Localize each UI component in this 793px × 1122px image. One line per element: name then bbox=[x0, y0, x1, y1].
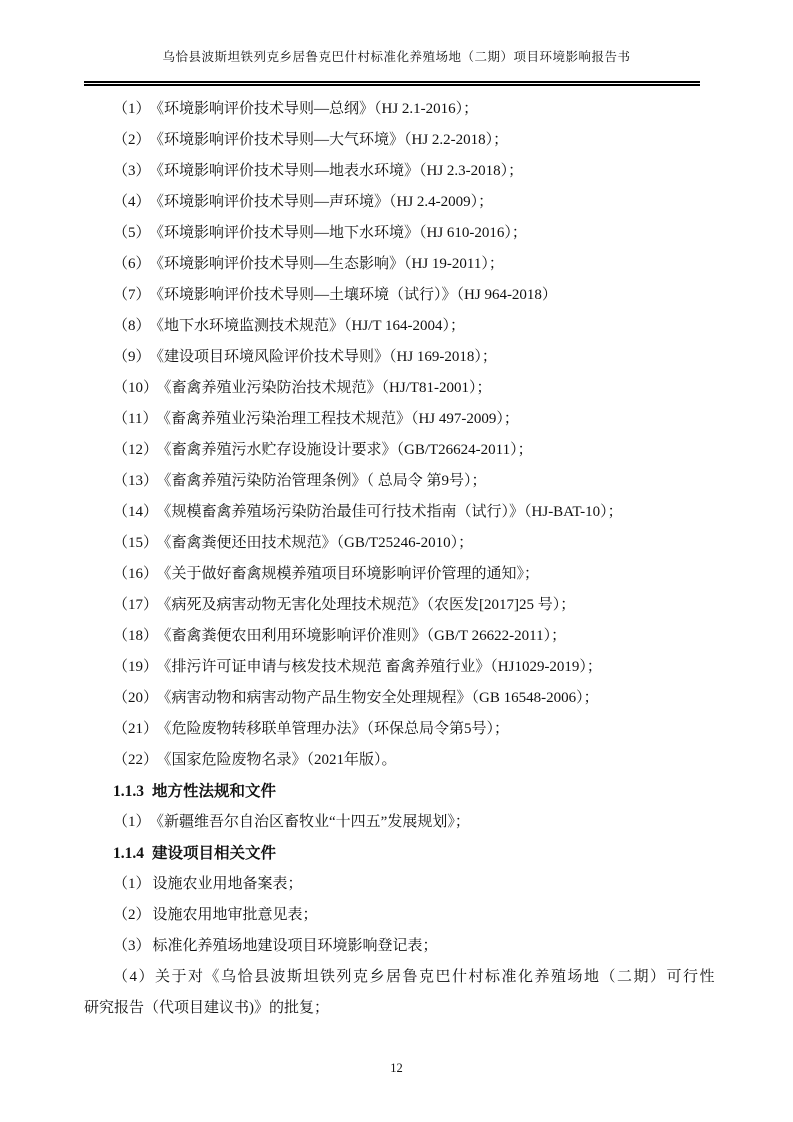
list-item-text: 《畜禽粪便还田技术规范》（GB/T25246-2010）； bbox=[164, 535, 473, 551]
list-item-text: 《建设项目环境风险评价技术导则》（HJ 169-2018）； bbox=[157, 349, 497, 365]
list-item-text: 《环境影响评价技术导则—总纲》（HJ 2.1-2016）； bbox=[157, 101, 479, 117]
list-item-text: 设施农业用地备案表； bbox=[153, 876, 303, 892]
list-item-text: 《排污许可证申请与核发技术规范 畜禽养殖行业》（HJ1029-2019）； bbox=[164, 659, 602, 675]
list-item-text: 《危险废物转移联单管理办法》（环保总局令第5号）； bbox=[164, 721, 509, 737]
document-page: 乌恰县波斯坦铁列克乡居鲁克巴什村标准化养殖场地（二期）项目环境影响报告书 （1）… bbox=[0, 0, 793, 1122]
list-item-text: 设施农用地审批意见表； bbox=[153, 907, 318, 923]
section-title: 建设项目相关文件 bbox=[152, 845, 276, 862]
document-body: （1）《环境影响评价技术导则—总纲》（HJ 2.1-2016）； （2）《环境影… bbox=[84, 94, 744, 1024]
list-item-text: 《地下水环境监测技术规范》（HJ/T 164-2004）； bbox=[157, 318, 465, 334]
list-item-number: （14） bbox=[113, 504, 158, 520]
list-item-number: （3） bbox=[113, 938, 151, 954]
list-item-text: 《畜禽粪便农田利用环境影响评价准则》（GB/T 26622-2011）； bbox=[164, 628, 566, 644]
page-number: 12 bbox=[390, 1061, 403, 1075]
standards-list-item: （12）《畜禽养殖污水贮存设施设计要求》（GB/T26624-2011）； bbox=[84, 435, 744, 466]
standards-list-item: （10）《畜禽养殖业污染防治技术规范》（HJ/T81-2001）； bbox=[84, 373, 744, 404]
list-item-number: （4） bbox=[113, 969, 155, 985]
page-header-title: 乌恰县波斯坦铁列克乡居鲁克巴什村标准化养殖场地（二期）项目环境影响报告书 bbox=[0, 49, 793, 66]
standards-list: （1）《环境影响评价技术导则—总纲》（HJ 2.1-2016）； （2）《环境影… bbox=[84, 94, 744, 776]
project-documents-item-4-line-1: （4）关于对《乌恰县波斯坦铁列克乡居鲁克巴什村标准化养殖场地（二期）可行性 bbox=[84, 962, 744, 993]
standards-list-item: （19）《排污许可证申请与核发技术规范 畜禽养殖行业》（HJ1029-2019）… bbox=[84, 652, 744, 683]
list-item-number: （11） bbox=[113, 411, 157, 427]
list-item-number: （8） bbox=[113, 318, 151, 334]
standards-list-item: （14）《规模畜禽养殖场污染防治最佳可行技术指南（试行）》（HJ-BAT-10）… bbox=[84, 497, 744, 528]
standards-list-item: （22）《国家危险废物名录》（2021年版）。 bbox=[84, 745, 744, 776]
list-item-number: （2） bbox=[113, 132, 151, 148]
list-item-text: 标准化养殖场地建设项目环境影响登记表； bbox=[153, 938, 438, 954]
list-item-text: 《环境影响评价技术导则—地表水环境》（HJ 2.3-2018）； bbox=[157, 163, 524, 179]
list-item-text: 《环境影响评价技术导则—大气环境》（HJ 2.2-2018）； bbox=[157, 132, 509, 148]
standards-list-item: （3）《环境影响评价技术导则—地表水环境》（HJ 2.3-2018）； bbox=[84, 156, 744, 187]
list-item-text: 《病死及病害动物无害化处理技术规范》（农医发[2017]25 号）； bbox=[164, 597, 575, 613]
standards-list-item: （9）《建设项目环境风险评价技术导则》（HJ 169-2018）； bbox=[84, 342, 744, 373]
list-item-text: 《关于做好畜禽规模养殖项目环境影响评价管理的通知》； bbox=[164, 566, 539, 582]
list-item-number: （19） bbox=[113, 659, 158, 675]
list-item-number: （18） bbox=[113, 628, 158, 644]
section-title: 地方性法规和文件 bbox=[152, 783, 276, 800]
standards-list-item: （8）《地下水环境监测技术规范》（HJ/T 164-2004）； bbox=[84, 311, 744, 342]
list-item-number: （13） bbox=[113, 473, 158, 489]
standards-list-item: （17）《病死及病害动物无害化处理技术规范》（农医发[2017]25 号）； bbox=[84, 590, 744, 621]
list-item-number: （17） bbox=[113, 597, 158, 613]
standards-list-item: （11）《畜禽养殖业污染治理工程技术规范》（HJ 497-2009）； bbox=[84, 404, 744, 435]
standards-list-item: （16）《关于做好畜禽规模养殖项目环境影响评价管理的通知》； bbox=[84, 559, 744, 590]
list-item-text: 《环境影响评价技术导则—声环境》（HJ 2.4-2009）； bbox=[157, 194, 494, 210]
standards-list-item: （15）《畜禽粪便还田技术规范》（GB/T25246-2010）； bbox=[84, 528, 744, 559]
list-item-number: （12） bbox=[113, 442, 158, 458]
list-item-text: 《国家危险废物名录》（2021年版）。 bbox=[164, 752, 397, 768]
standards-list-item: （13）《畜禽养殖污染防治管理条例》（ 总局令 第9号）； bbox=[84, 466, 744, 497]
section-heading-1-1-4: 1.1.4建设项目相关文件 bbox=[84, 838, 744, 869]
list-item-text: 《畜禽养殖业污染防治技术规范》（HJ/T81-2001）； bbox=[164, 380, 492, 396]
standards-list-item: （2）《环境影响评价技术导则—大气环境》（HJ 2.2-2018）； bbox=[84, 125, 744, 156]
list-item-number: （21） bbox=[113, 721, 158, 737]
standards-list-item: （18）《畜禽粪便农田利用环境影响评价准则》（GB/T 26622-2011）； bbox=[84, 621, 744, 652]
local-documents-item: （1）《新疆维吾尔自治区畜牧业“十四五”发展规划》； bbox=[84, 807, 744, 838]
standards-list-item: （4）《环境影响评价技术导则—声环境》（HJ 2.4-2009）； bbox=[84, 187, 744, 218]
section-number: 1.1.4 bbox=[113, 845, 144, 862]
list-item-number: （3） bbox=[113, 163, 151, 179]
list-item-text: 《环境影响评价技术导则—生态影响》（HJ 19-2011）； bbox=[157, 256, 504, 272]
list-item-number: （6） bbox=[113, 256, 151, 272]
list-item-number: （10） bbox=[113, 380, 158, 396]
project-documents-item: （2）设施农用地审批意见表； bbox=[84, 900, 744, 931]
project-documents-item: （3）标准化养殖场地建设项目环境影响登记表； bbox=[84, 931, 744, 962]
standards-list-item: （5）《环境影响评价技术导则—地下水环境》（HJ 610-2016）； bbox=[84, 218, 744, 249]
list-item-text: 关于对《乌恰县波斯坦铁列克乡居鲁克巴什村标准化养殖场地（二期）可行性 bbox=[155, 969, 716, 985]
list-item-text: 《畜禽养殖污染防治管理条例》（ 总局令 第9号）； bbox=[164, 473, 487, 489]
list-item-text: 《畜禽养殖污水贮存设施设计要求》（GB/T26624-2011）； bbox=[164, 442, 533, 458]
section-heading-1-1-3: 1.1.3地方性法规和文件 bbox=[84, 776, 744, 807]
project-documents-list: （1）设施农业用地备案表； （2）设施农用地审批意见表； （3）标准化养殖场地建… bbox=[84, 869, 744, 962]
list-item-text: 《环境影响评价技术导则—土壤环境（试行）》（HJ 964-2018） bbox=[157, 287, 557, 303]
list-item-number: （2） bbox=[113, 907, 151, 923]
list-item-number: （1） bbox=[113, 814, 151, 830]
standards-list-item: （6）《环境影响评价技术导则—生态影响》（HJ 19-2011）； bbox=[84, 249, 744, 280]
list-item-text: 《新疆维吾尔自治区畜牧业“十四五”发展规划》； bbox=[157, 814, 470, 830]
list-item-number: （1） bbox=[113, 876, 151, 892]
list-item-number: （5） bbox=[113, 225, 151, 241]
list-item-number: （22） bbox=[113, 752, 158, 768]
list-item-text: 《规模畜禽养殖场污染防治最佳可行技术指南（试行）》（HJ-BAT-10）； bbox=[164, 504, 623, 520]
local-documents-list: （1）《新疆维吾尔自治区畜牧业“十四五”发展规划》； bbox=[84, 807, 744, 838]
list-item-number: （9） bbox=[113, 349, 151, 365]
page-footer: 12 bbox=[0, 1060, 793, 1076]
header-divider-double-rule bbox=[84, 81, 700, 86]
list-item-number: （16） bbox=[113, 566, 158, 582]
section-number: 1.1.3 bbox=[113, 783, 144, 800]
standards-list-item: （7）《环境影响评价技术导则—土壤环境（试行）》（HJ 964-2018） bbox=[84, 280, 744, 311]
standards-list-item: （21）《危险废物转移联单管理办法》（环保总局令第5号）； bbox=[84, 714, 744, 745]
list-item-number: （1） bbox=[113, 101, 151, 117]
list-item-number: （4） bbox=[113, 194, 151, 210]
list-item-text: 《病害动物和病害动物产品生物安全处理规程》（GB 16548-2006）； bbox=[164, 690, 599, 706]
list-item-number: （20） bbox=[113, 690, 158, 706]
list-item-number: （7） bbox=[113, 287, 151, 303]
list-item-text: 《畜禽养殖业污染治理工程技术规范》（HJ 497-2009）； bbox=[163, 411, 518, 427]
project-documents-item-4-line-2: 研究报告（代项目建议书)》的批复； bbox=[84, 993, 744, 1024]
list-item-text: 研究报告（代项目建议书)》的批复； bbox=[84, 1000, 329, 1016]
list-item-number: （15） bbox=[113, 535, 158, 551]
standards-list-item: （20）《病害动物和病害动物产品生物安全处理规程》（GB 16548-2006）… bbox=[84, 683, 744, 714]
standards-list-item: （1）《环境影响评价技术导则—总纲》（HJ 2.1-2016）； bbox=[84, 94, 744, 125]
list-item-text: 《环境影响评价技术导则—地下水环境》（HJ 610-2016）； bbox=[157, 225, 527, 241]
project-documents-item: （1）设施农业用地备案表； bbox=[84, 869, 744, 900]
